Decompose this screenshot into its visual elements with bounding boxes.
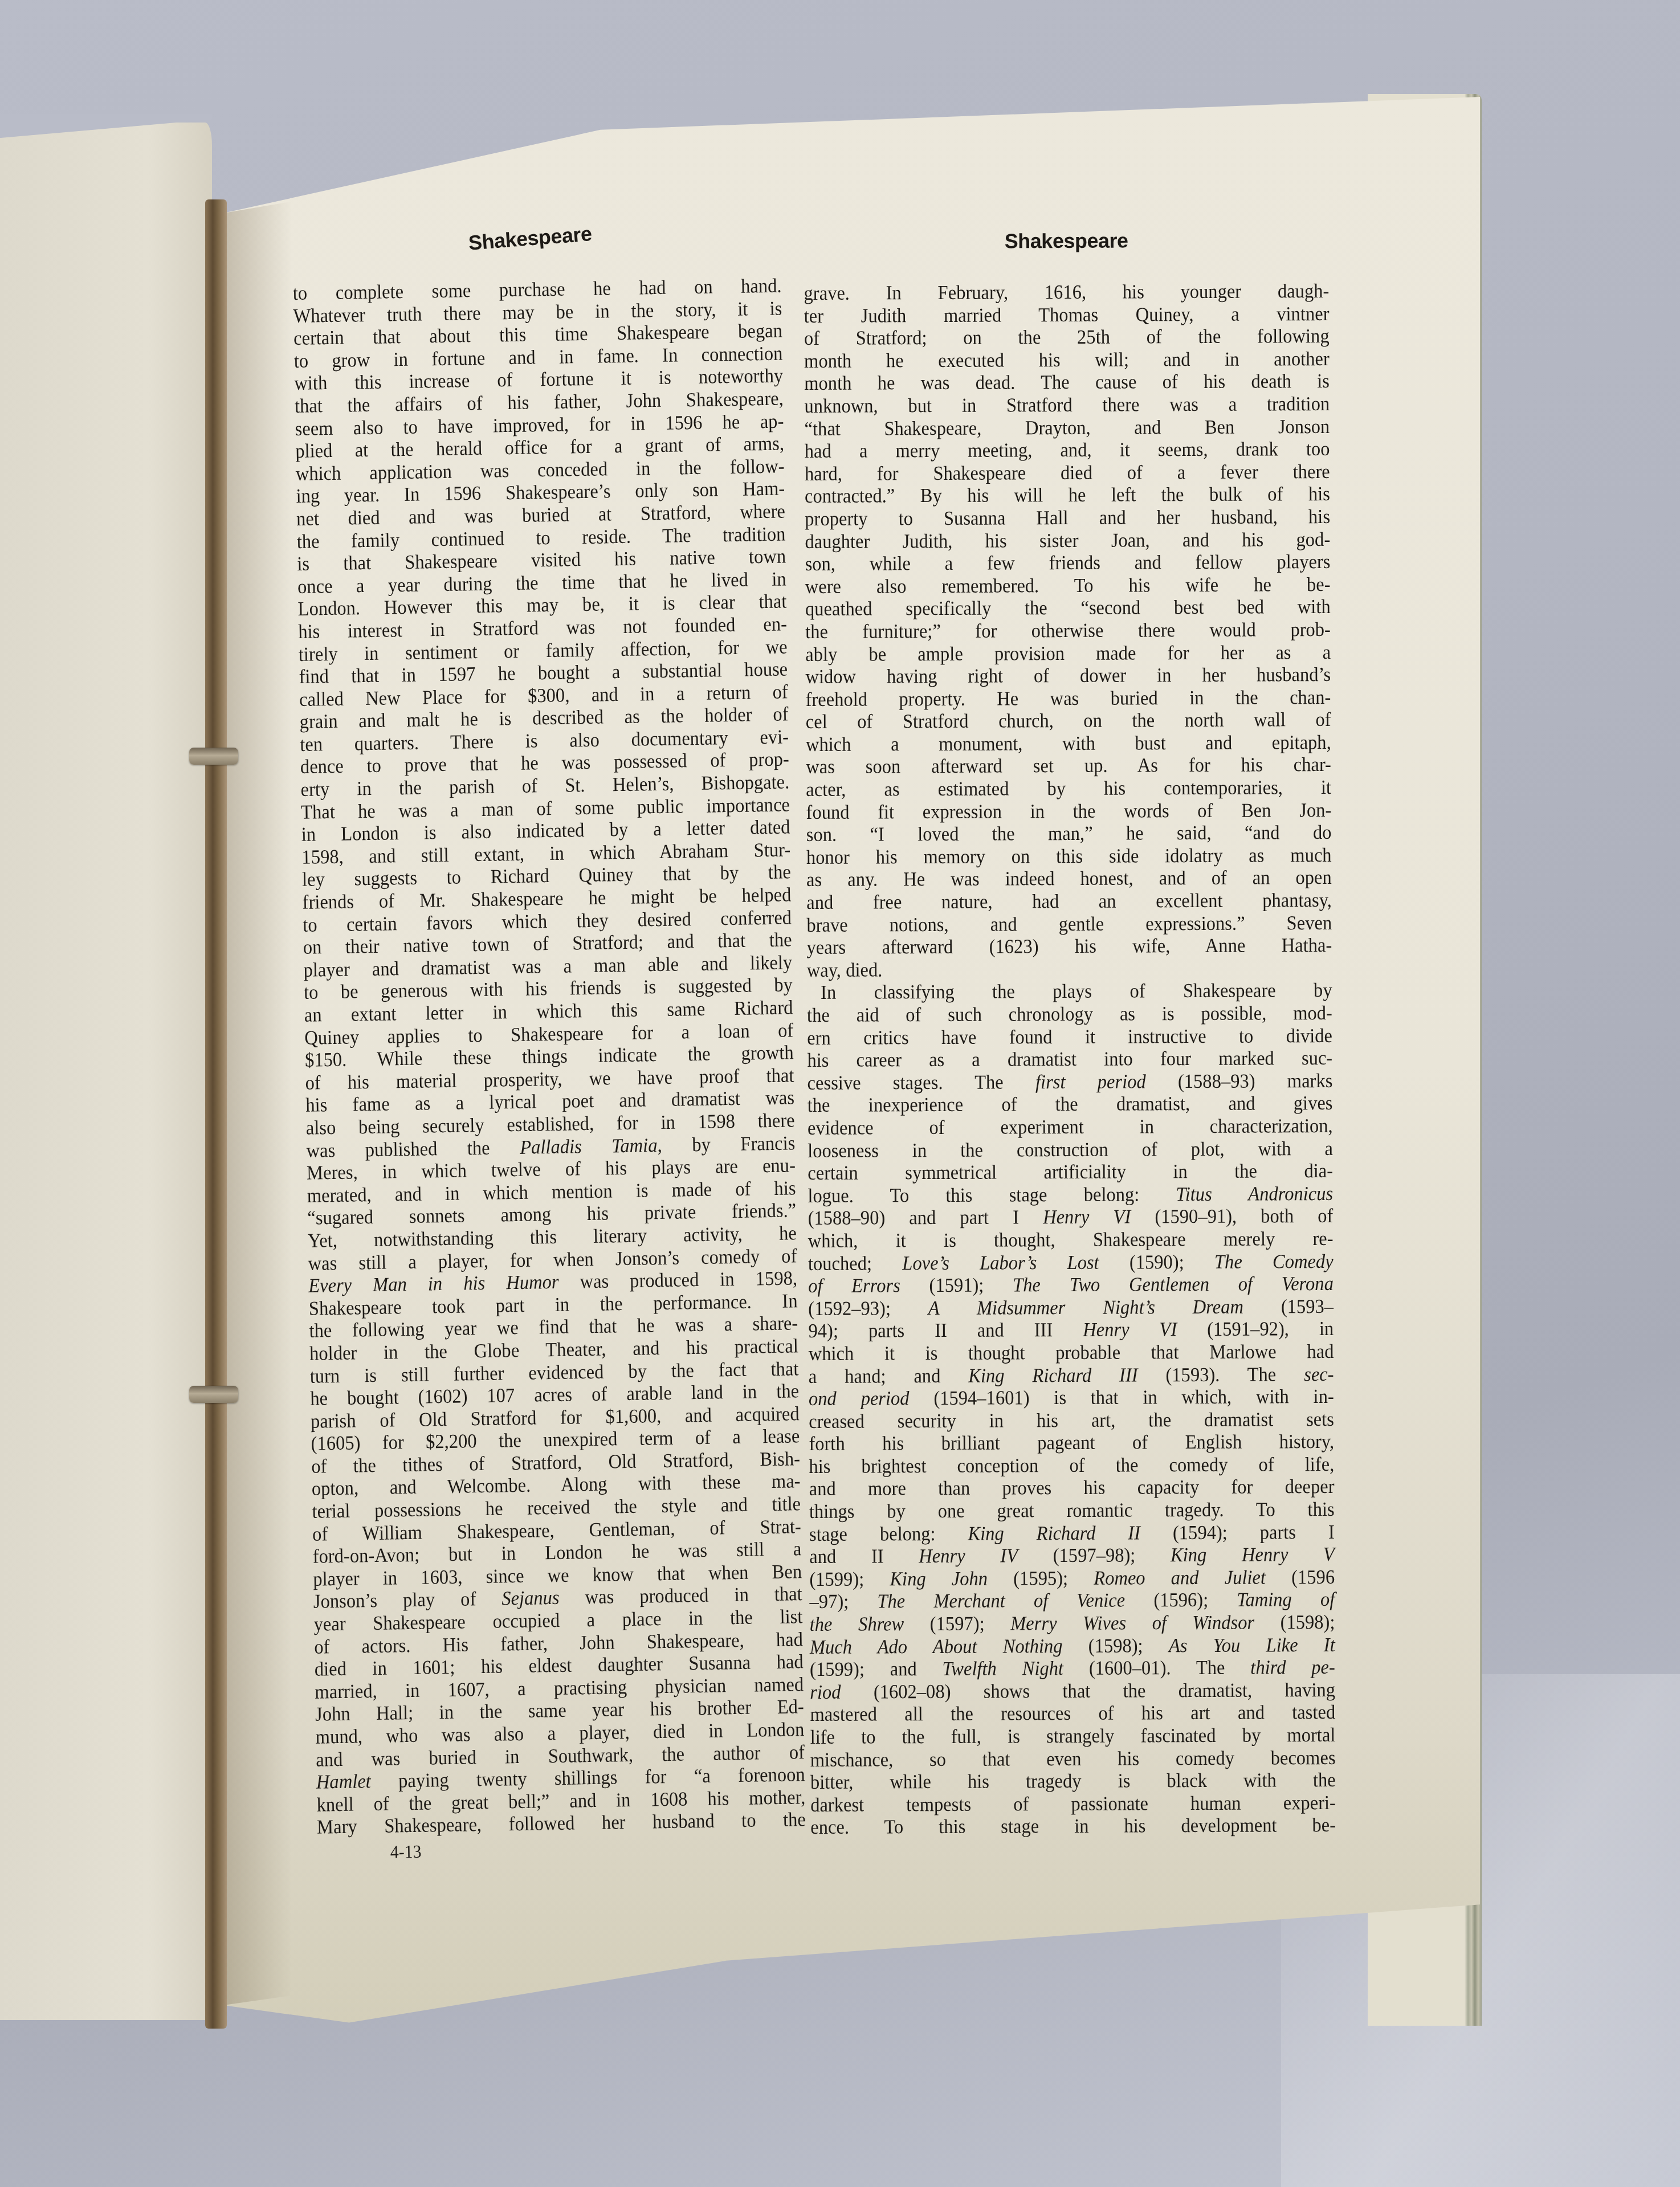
right-column-body: grave. In February, 1616, his younger da…	[804, 280, 1336, 1839]
text-line: certain symmetrical artificiality in the…	[808, 1160, 1333, 1185]
text-line: life to the full, is strangely fascinate…	[810, 1724, 1335, 1749]
text-line: –97); The Merchant of Venice (1596); Tam…	[809, 1588, 1335, 1613]
running-head-right: Shakespeare	[804, 223, 1329, 282]
text-line: mischance, so that even his comedy becom…	[810, 1747, 1336, 1772]
text-line: month he was dead. The cause of his deat…	[804, 370, 1330, 395]
text-line: ence. To this stage in his development b…	[810, 1814, 1336, 1839]
text-line: property to Susanna Hall and her husband…	[805, 505, 1330, 531]
text-line: 94); parts II and III Henry VI (1591–92)…	[808, 1317, 1334, 1343]
text-line: forth his brilliant pageant of English h…	[809, 1430, 1334, 1455]
binding-cord-lower	[189, 1386, 238, 1403]
text-line: Much Ado About Nothing (1598); As You Li…	[810, 1634, 1335, 1659]
text-line: were also remembered. To his wife he be-	[805, 573, 1331, 598]
text-line: things by one great romantic tragedy. To…	[809, 1498, 1335, 1523]
text-line: (1599); King John (1595); Romeo and Juli…	[809, 1566, 1335, 1591]
text-line: month he executed his will; and in anoth…	[804, 348, 1330, 373]
text-line: touched; Love’s Labor’s Lost (1590); The…	[808, 1250, 1334, 1275]
text-line: way, died.	[807, 957, 1332, 982]
text-line: as any. He was indeed honest, and of an …	[806, 866, 1332, 891]
text-line: and II Henry IV (1597–98); King Henry V	[809, 1543, 1335, 1568]
text-line: contracted.” By his will he left the bul…	[805, 483, 1330, 508]
text-line: widow having right of dower in her husba…	[805, 663, 1331, 688]
text-line: of Errors (1591); The Two Gentlemen of V…	[808, 1272, 1334, 1297]
binding-cord-upper	[189, 748, 238, 765]
left-page-top-edge	[0, 114, 212, 148]
text-line: logue. To this stage belong: Titus Andro…	[808, 1182, 1333, 1207]
text-line: which a monument, with bust and epitaph,	[806, 731, 1331, 756]
text-line: evidence of experiment in characterizati…	[808, 1115, 1333, 1140]
text-line: (1592–93); A Midsummer Night’s Dream (15…	[808, 1295, 1334, 1320]
text-line: creased security in his art, the dramati…	[809, 1408, 1334, 1433]
text-line: years afterward (1623) his wife, Anne Ha…	[806, 934, 1332, 959]
text-line: cessive stages. The first period (1588–9…	[807, 1070, 1332, 1095]
text-line: daughter Judith, his sister Joan, and hi…	[805, 528, 1330, 553]
text-line: stage belong: King Richard II (1594); pa…	[809, 1521, 1335, 1546]
text-line: darkest tempests of passionate human exp…	[810, 1792, 1336, 1817]
text-line: ter Judith married Thomas Quiney, a vint…	[804, 303, 1330, 328]
text-line: queathed specifically the “second best b…	[805, 595, 1331, 621]
text-line: brave notions, and gentle expressions.” …	[806, 912, 1332, 937]
text-line: looseness in the construction of plot, w…	[808, 1137, 1333, 1162]
right-text-column: Shakespeare grave. In February, 1616, hi…	[804, 223, 1336, 1839]
text-line: son. “I loved the man,” he said, “and do	[806, 821, 1332, 846]
text-line: ably be ample provision made for her as …	[805, 640, 1331, 666]
text-line: “that Shakespeare, Drayton, and Ben Jons…	[804, 415, 1330, 440]
text-line: and free nature, had an excellent phanta…	[806, 889, 1332, 914]
text-line: his career as a dramatist into four mark…	[807, 1047, 1332, 1072]
text-line: which it is thought probable that Marlow…	[809, 1340, 1334, 1365]
text-line: honor his memory on this side idolatry a…	[806, 844, 1332, 869]
text-line: In classifying the plays of Shakespeare …	[807, 979, 1332, 1004]
left-blank-page	[0, 123, 212, 2020]
text-line: the furniture;” for otherwise there woul…	[805, 618, 1331, 643]
text-line: riod (1602–08) shows that the dramatist,…	[810, 1679, 1335, 1704]
text-line: ern critics have found it instructive to…	[807, 1025, 1332, 1050]
left-column-body: to complete some purchase he had on hand…	[293, 275, 806, 1839]
text-line: a hand; and King Richard III (1593). The…	[809, 1362, 1334, 1388]
text-line: freehold property. He was buried in the …	[806, 686, 1331, 711]
text-line: cel of Stratford church, on the north wa…	[806, 708, 1331, 733]
text-line: acter, as estimated by his contemporarie…	[806, 776, 1331, 801]
text-line: (1588–90) and part I Henry VI (1590–91),…	[808, 1205, 1334, 1230]
text-line: ond period (1594–1601) is that in which,…	[809, 1385, 1334, 1410]
text-line: the aid of such chronology as is possibl…	[807, 1002, 1332, 1027]
text-line: found fit expression in the words of Ben…	[806, 799, 1331, 824]
text-line: hard, for Shakespeare died of a fever th…	[805, 460, 1330, 485]
text-line: had a merry meeting, and, it seems, dran…	[805, 438, 1330, 463]
text-line: unknown, but in Stratford there was a tr…	[804, 393, 1330, 418]
text-line: (1599); and Twelfth Night (1600–01). The…	[810, 1656, 1335, 1681]
gutter-shadow	[223, 97, 292, 2034]
text-line: bitter, while his tragedy is black with …	[810, 1769, 1336, 1794]
text-line: mastered all the resources of his art an…	[810, 1701, 1335, 1726]
text-line: and more than proves his capacity for de…	[809, 1475, 1335, 1500]
text-line: of Stratford; on the 25th of the followi…	[804, 325, 1330, 350]
text-line: grave. In February, 1616, his younger da…	[804, 280, 1329, 305]
text-line: which, it is thought, Shakespeare merely…	[808, 1227, 1334, 1252]
text-line: was soon afterward set up. As for his ch…	[806, 753, 1331, 778]
text-line: son, while a few friends and fellow play…	[805, 550, 1331, 576]
left-text-column: Shakespeare to complete some purchase he…	[292, 218, 806, 1865]
text-line: the inexperience of the dramatist, and g…	[808, 1092, 1333, 1117]
text-line: the Shrew (1597); Merry Wives of Windsor…	[810, 1611, 1335, 1636]
book-spine-gutter	[205, 199, 227, 2029]
text-line: his brightest conception of the comedy o…	[809, 1453, 1334, 1478]
